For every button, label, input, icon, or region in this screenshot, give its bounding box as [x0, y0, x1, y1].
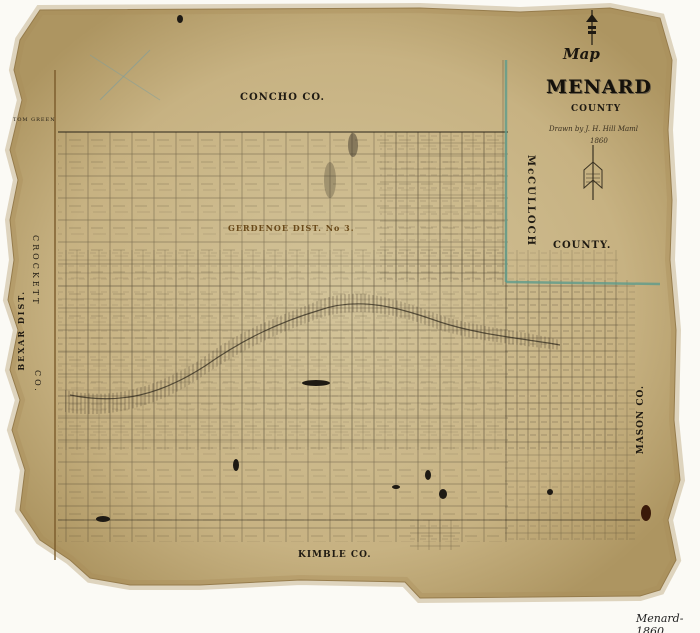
label-crockett: CROCKETT — [31, 235, 40, 306]
map-title-prefix: Map — [563, 45, 600, 63]
label-mason-county: MASON CO. — [636, 385, 646, 454]
archive-annotation: Menard-1860 — [636, 612, 700, 633]
label-west-co: CO. — [33, 370, 42, 394]
label-district: GERDENOE DIST. No 3. — [228, 223, 355, 233]
map-title-county-name: MENARD — [546, 76, 652, 98]
label-mcculloch-county: COUNTY. — [553, 240, 611, 251]
label-tom-green: TOM GREEN — [13, 117, 56, 123]
label-kimble-county: KIMBLE CO. — [298, 550, 372, 560]
map-drawn-by: Drawn by J. H. Hill Maml — [549, 125, 638, 133]
map-year: 1860 — [590, 137, 608, 145]
label-bexar-dist: BEXAR DIST. — [16, 290, 26, 371]
historical-map: Map MENARD COUNTY Drawn by J. H. Hill Ma… — [0, 0, 700, 633]
label-concho-county: CONCHO CO. — [240, 92, 325, 103]
map-title-county-word: COUNTY — [571, 104, 621, 114]
label-mcculloch: McCULLOCH — [525, 155, 536, 247]
